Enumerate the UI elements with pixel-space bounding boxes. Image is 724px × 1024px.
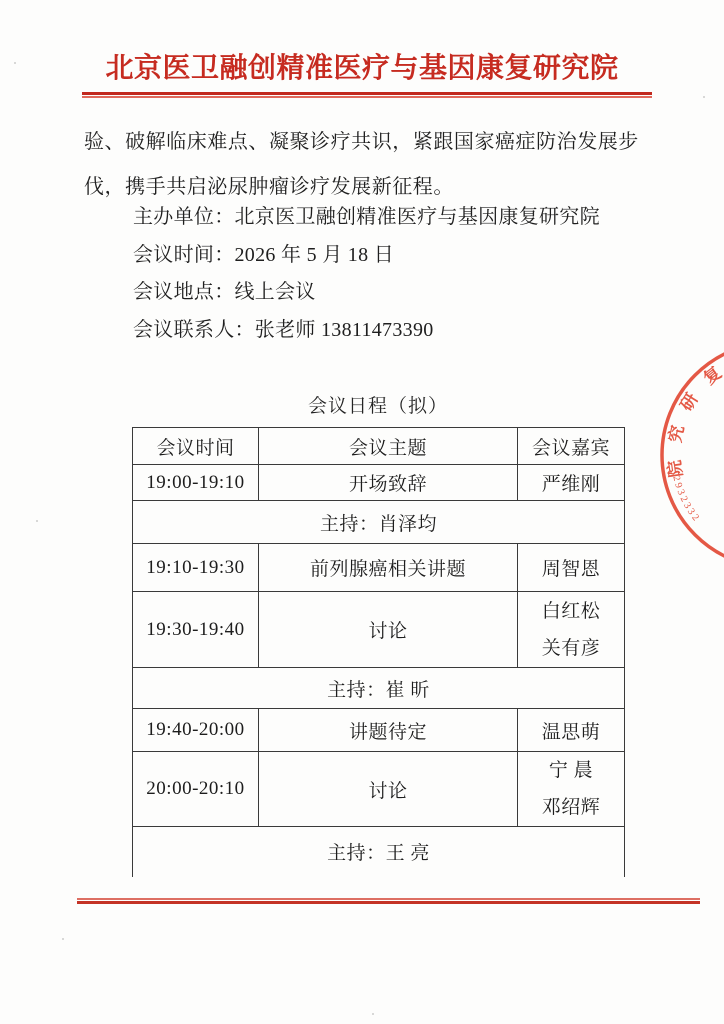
guest-cell: 温思萌 bbox=[518, 709, 625, 752]
agenda-title: 会议日程（拟） bbox=[132, 391, 624, 418]
meeting-info: 主办单位：北京医卫融创精准医疗与基因康复研究院 会议时间：2026 年 5 月 … bbox=[133, 199, 673, 349]
guest-name: 关有彦 bbox=[518, 630, 624, 667]
guest-name: 邓绍辉 bbox=[518, 789, 624, 826]
info-line-location: 会议地点：线上会议 bbox=[133, 274, 673, 312]
info-line-time: 会议时间：2026 年 5 月 18 日 bbox=[133, 237, 673, 275]
footer-divider-thick-line bbox=[77, 901, 700, 904]
topic-cell: 前列腺癌相关讲题 bbox=[259, 544, 518, 592]
time-cell: 19:10-19:30 bbox=[133, 544, 259, 592]
session-row: 19:10-19:30 前列腺癌相关讲题 周智恩 bbox=[133, 544, 625, 592]
header-cell-guest: 会议嘉宾 bbox=[518, 428, 625, 465]
topic-cell: 讨论 bbox=[259, 752, 518, 827]
header-cell-time: 会议时间 bbox=[133, 428, 259, 465]
topic-cell: 讲题待定 bbox=[259, 709, 518, 752]
host-cell: 主持：崔 昕 bbox=[133, 668, 625, 709]
time-cell: 19:00-19:10 bbox=[133, 465, 259, 501]
guest-name: 宁 晨 bbox=[518, 752, 624, 789]
session-row: 19:30-19:40 讨论 白红松 关有彦 bbox=[133, 592, 625, 668]
table-header-row: 会议时间 会议主题 会议嘉宾 bbox=[133, 428, 625, 465]
scan-speck bbox=[36, 520, 38, 522]
topic-cell: 讨论 bbox=[259, 592, 518, 668]
time-cell: 19:30-19:40 bbox=[133, 592, 259, 668]
agenda-table: 会议时间 会议主题 会议嘉宾 19:00-19:10 开场致辞 严维刚 主持：肖… bbox=[132, 427, 625, 877]
info-line-contact: 会议联系人：张老师 13811473390 bbox=[133, 312, 673, 350]
intro-line-1: 验、破解临床难点、凝聚诊疗共识，紧跟国家癌症防治发展步 bbox=[84, 120, 644, 165]
session-row: 19:40-20:00 讲题待定 温思萌 bbox=[133, 709, 625, 752]
guest-cell: 宁 晨 邓绍辉 bbox=[518, 752, 625, 827]
guest-cell: 严维刚 bbox=[518, 465, 625, 501]
official-stamp: 康 复 研 究 院 2932332 bbox=[655, 340, 724, 570]
institute-title: 北京医卫融创精准医疗与基因康复研究院 bbox=[0, 46, 724, 86]
session-row: 19:00-19:10 开场致辞 严维刚 bbox=[133, 465, 625, 501]
guest-cell: 白红松 关有彦 bbox=[518, 592, 625, 668]
session-row: 20:00-20:10 讨论 宁 晨 邓绍辉 bbox=[133, 752, 625, 827]
stamp-arc-character: 院 bbox=[664, 459, 686, 479]
scan-speck bbox=[62, 938, 64, 940]
host-row-cut-by-page-break: 主持：王 亮 bbox=[133, 827, 625, 877]
footer-divider bbox=[77, 898, 700, 904]
title-divider bbox=[82, 92, 652, 98]
host-row: 主持：肖泽均 bbox=[133, 501, 625, 544]
time-cell: 19:40-20:00 bbox=[133, 709, 259, 752]
title-divider-thin-line bbox=[82, 96, 652, 98]
scan-speck bbox=[703, 96, 705, 98]
header-cell-topic: 会议主题 bbox=[259, 428, 518, 465]
stamp-arc-character: 究 bbox=[665, 423, 688, 444]
guest-name: 白红松 bbox=[518, 593, 624, 630]
host-row: 主持：崔 昕 bbox=[133, 668, 625, 709]
time-cell: 20:00-20:10 bbox=[133, 752, 259, 827]
topic-cell: 开场致辞 bbox=[259, 465, 518, 501]
host-cell: 主持：肖泽均 bbox=[133, 501, 625, 544]
scan-speck bbox=[372, 1013, 374, 1015]
stamp-number: 2932332 bbox=[670, 475, 702, 525]
intro-paragraph: 验、破解临床难点、凝聚诊疗共识，紧跟国家癌症防治发展步 伐，携手共启泌尿肿瘤诊疗… bbox=[84, 120, 644, 210]
info-line-organizer: 主办单位：北京医卫融创精准医疗与基因康复研究院 bbox=[133, 199, 673, 237]
guest-cell: 周智恩 bbox=[518, 544, 625, 592]
scan-speck bbox=[14, 62, 16, 64]
host-cell: 主持：王 亮 bbox=[133, 827, 625, 877]
scanned-document-page: 北京医卫融创精准医疗与基因康复研究院 验、破解临床难点、凝聚诊疗共识，紧跟国家癌… bbox=[0, 0, 724, 1024]
